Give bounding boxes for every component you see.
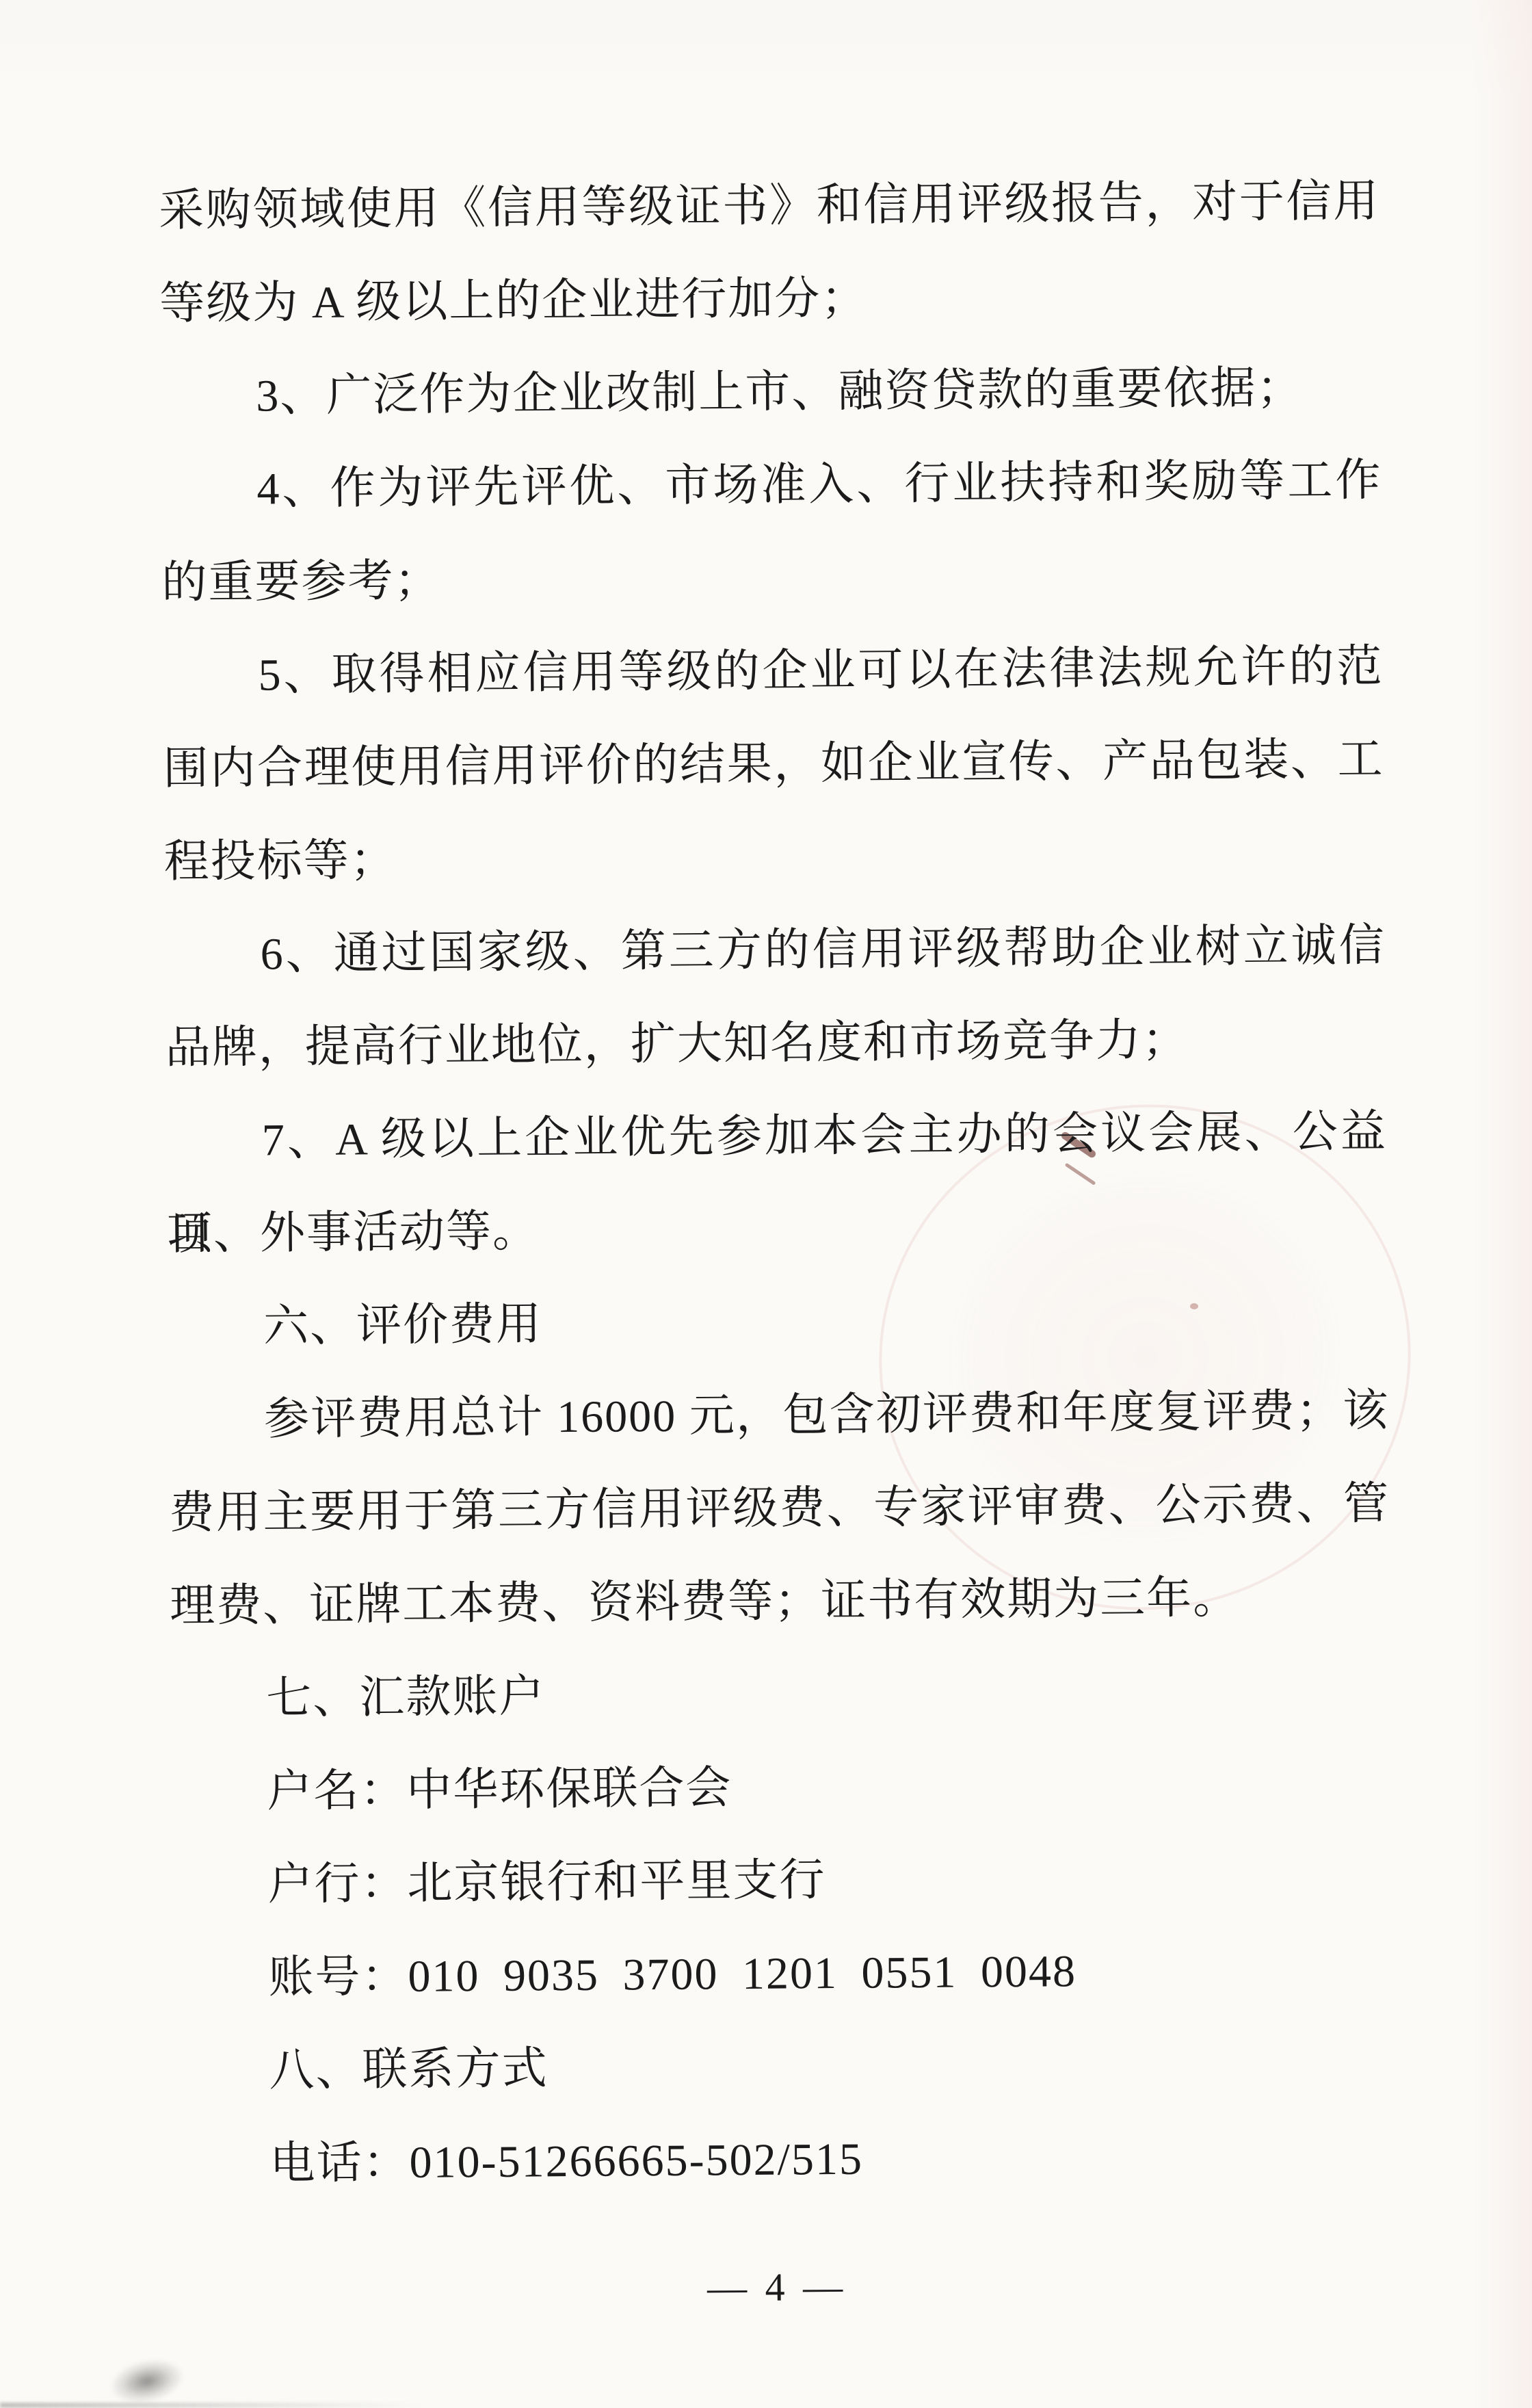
text-line: 费用主要用于第三方信用评级费、专家评审费、公示费、管 — [5, 1456, 1532, 1562]
account-number-line: 账号：010 9035 3700 1201 0551 0048 — [8, 1922, 1532, 2027]
page-number: — 4 — — [11, 2235, 1532, 2340]
account-name-line: 户名：中华环保联合会 — [7, 1736, 1532, 1841]
text-line: 等级为 A 级以上的企业进行加分； — [0, 247, 1528, 352]
text-line: 5、取得相应信用等级的企业可以在法律法规允许的范 — [0, 619, 1531, 724]
text-line: 目、外事活动等。 — [2, 1177, 1532, 1283]
section-heading: 六、评价费用 — [3, 1270, 1532, 1376]
text-line: 4、作为评先评优、市场准入、行业扶持和奖励等工作 — [0, 433, 1529, 538]
document-body: 采购领域使用《信用等级证书》和信用评级报告，对于信用 等级为 A 级以上的企业进… — [0, 0, 1532, 2340]
scanned-document-page: 采购领域使用《信用等级证书》和信用评级报告，对于信用 等级为 A 级以上的企业进… — [0, 0, 1532, 2408]
text-line: 3、广泛作为企业改制上市、融资贷款的重要依据； — [0, 340, 1529, 445]
scan-edge-shadow — [0, 2403, 424, 2408]
section-heading: 七、汇款账户 — [6, 1643, 1532, 1748]
section-heading: 八、联系方式 — [9, 2015, 1532, 2120]
scan-smudge — [106, 2353, 188, 2408]
text-line: 程投标等； — [0, 805, 1532, 911]
text-line: 的重要参考； — [0, 526, 1530, 631]
phone-line: 电话：010-51266665-502/515 — [10, 2108, 1532, 2213]
text-line: 围内合理使用信用评价的结果，如企业宣传、产品包装、工 — [0, 712, 1531, 817]
text-line: 理费、证牌工本费、资料费等；证书有效期为三年。 — [5, 1549, 1532, 1655]
text-line: 参评费用总计 16000 元，包含初评费和年度复评费；该 — [4, 1363, 1532, 1469]
text-line: 6、通过国家级、第三方的信用评级帮助企业树立诚信 — [0, 898, 1532, 1004]
text-line: 品牌，提高行业地位，扩大知名度和市场竞争力； — [1, 991, 1532, 1097]
text-line: 采购领域使用《信用等级证书》和信用评级报告，对于信用 — [0, 154, 1527, 259]
text-line: 7、A 级以上企业优先参加本会主办的会议会展、公益项 — [1, 1084, 1532, 1190]
bank-line: 户行：北京银行和平里支行 — [8, 1829, 1532, 1934]
